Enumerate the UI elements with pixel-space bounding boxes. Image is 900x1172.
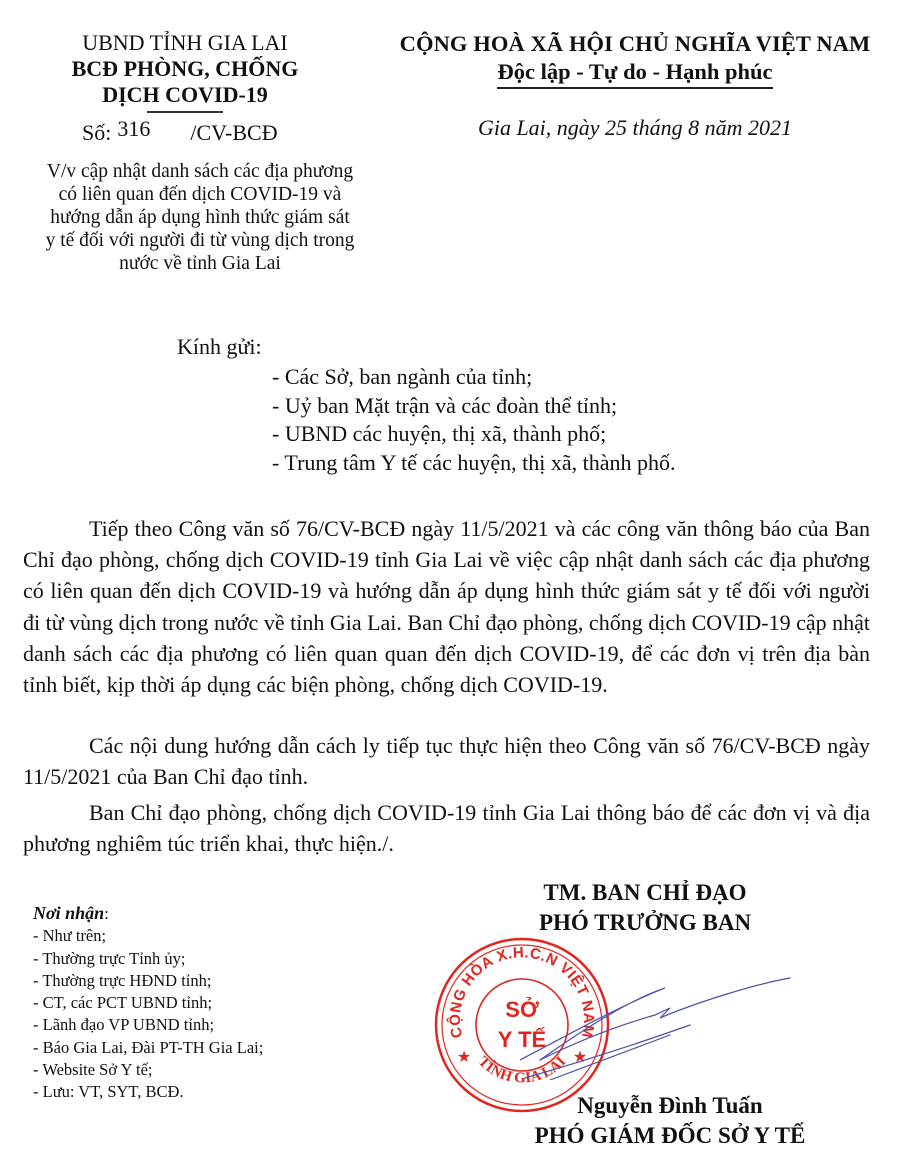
distribution-item: - Website Sở Y tế; [33, 1059, 263, 1081]
addressee-item: - Các Sở, ban ngành của tỉnh; [272, 363, 675, 392]
addressee-list: - Các Sở, ban ngành của tỉnh; - Uỷ ban M… [272, 363, 675, 477]
addressee-label: Kính gửi: [177, 333, 262, 361]
subject-line: y tế đối với người đi từ vùng dịch trong [20, 229, 380, 252]
nation-name: CỘNG HOÀ XÃ HỘI CHỦ NGHĨA VIỆT NAM [380, 30, 890, 58]
subject-line: có liên quan đến dịch COVID-19 và [20, 183, 380, 206]
signature-position: PHÓ TRƯỞNG BAN [480, 908, 810, 938]
distribution-item: - Báo Gia Lai, Đài PT-TH Gia Lai; [33, 1037, 263, 1059]
committee-name-line2: DỊCH COVID-19 [40, 82, 330, 108]
document-number-label: Số: [82, 120, 111, 145]
national-motto: Độc lập - Tự do - Hạnh phúc [497, 58, 772, 89]
distribution-item: - Lãnh đạo VP UBND tỉnh; [33, 1014, 263, 1036]
addressee-item: - Uỷ ban Mặt trận và các đoàn thể tỉnh; [272, 392, 675, 421]
subject-line: hướng dẫn áp dụng hình thức giám sát [20, 206, 380, 229]
distribution-list: Nơi nhận: - Như trên; - Thường trực Tỉnh… [33, 902, 263, 1104]
issuing-authority-block: UBND TỈNH GIA LAI BCĐ PHÒNG, CHỐNG DỊCH … [40, 30, 330, 113]
document-number: Số:316/CV-BCĐ [82, 120, 278, 146]
body-paragraph: Các nội dung hướng dẫn cách ly tiếp tục … [23, 730, 870, 792]
national-header-block: CỘNG HOÀ XÃ HỘI CHỦ NGHĨA VIỆT NAM Độc l… [380, 30, 890, 89]
signature-on-behalf: TM. BAN CHỈ ĐẠO [480, 878, 810, 908]
addressee-item: - UBND các huyện, thị xã, thành phố; [272, 420, 675, 449]
seal-star-left-icon: ★ [457, 1049, 471, 1066]
signer-name: Nguyễn Đình Tuấn [480, 1091, 860, 1121]
dateline: Gia Lai, ngày 25 tháng 8 năm 2021 [380, 115, 890, 141]
subject-line: nước về tỉnh Gia Lai [20, 252, 380, 275]
distribution-item: - Lưu: VT, SYT, BCĐ. [33, 1081, 263, 1103]
distribution-item: - CT, các PCT UBND tỉnh; [33, 992, 263, 1014]
distribution-item: - Thường trực Tỉnh ủy; [33, 948, 263, 970]
subject-line: V/v cập nhật danh sách các địa phương [20, 160, 380, 183]
signer-block: Nguyễn Đình Tuấn PHÓ GIÁM ĐỐC SỞ Y TẾ [480, 1091, 860, 1151]
body-paragraph: Ban Chỉ đạo phòng, chống dịch COVID-19 t… [23, 797, 870, 859]
header-left-divider [147, 111, 223, 113]
subject-block: V/v cập nhật danh sách các địa phương có… [20, 160, 380, 275]
addressee-item: - Trung tâm Y tế các huyện, thị xã, thàn… [272, 449, 675, 478]
distribution-label-colon: : [104, 904, 109, 923]
document-number-value: 316 [117, 116, 150, 141]
distribution-item: - Như trên; [33, 925, 263, 947]
document-number-suffix: /CV-BCĐ [190, 120, 277, 145]
committee-name-line1: BCĐ PHÒNG, CHỐNG [40, 56, 330, 82]
authority-name: UBND TỈNH GIA LAI [40, 30, 330, 56]
distribution-label: Nơi nhận [33, 903, 104, 923]
handwritten-signature-icon [520, 970, 820, 1080]
body-paragraph: Tiếp theo Công văn số 76/CV-BCĐ ngày 11/… [23, 513, 870, 700]
distribution-item: - Thường trực HĐND tỉnh; [33, 970, 263, 992]
signature-title-block: TM. BAN CHỈ ĐẠO PHÓ TRƯỞNG BAN [480, 878, 810, 938]
signer-title: PHÓ GIÁM ĐỐC SỞ Y TẾ [480, 1121, 860, 1151]
